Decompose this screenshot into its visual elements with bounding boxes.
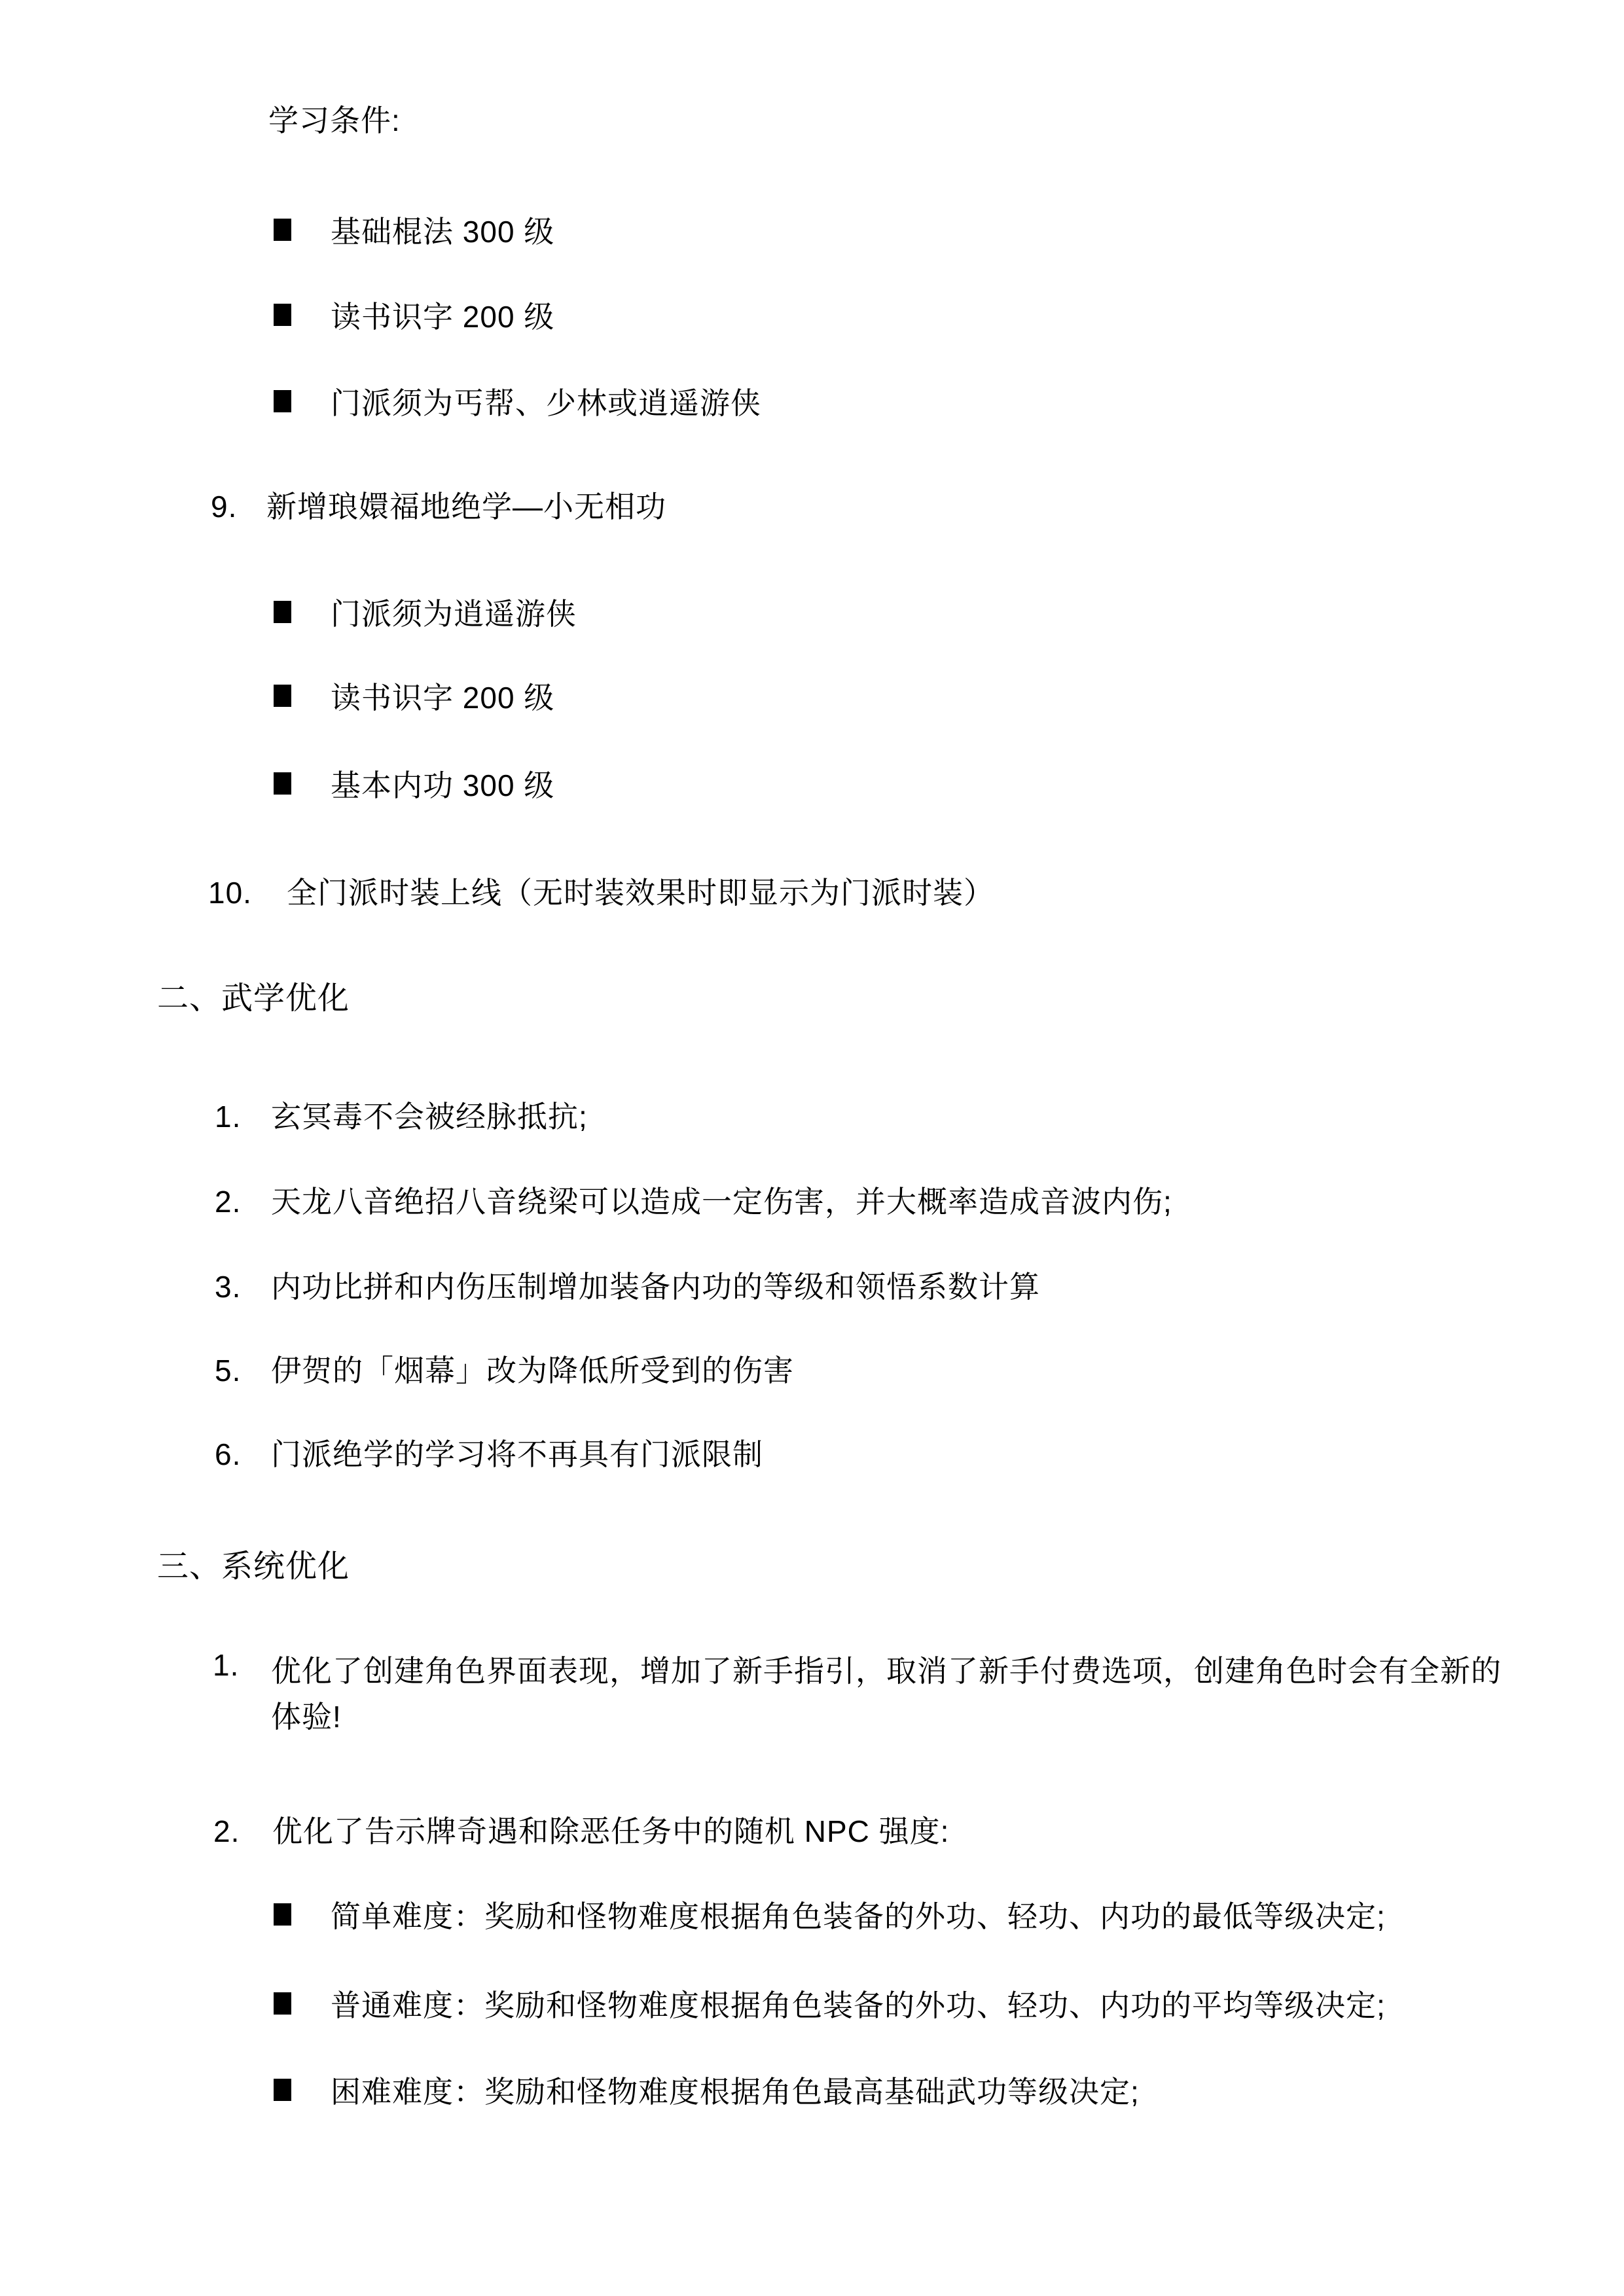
system-item-text: 优化了告示牌奇遇和除恶任务中的随机 NPC 强度:	[272, 1814, 949, 1848]
martial-item-number: 3.	[215, 1270, 241, 1304]
square-bullet-icon	[274, 772, 291, 795]
item9-bullet-text: 门派须为逍遥游侠	[331, 597, 577, 631]
square-bullet-icon	[274, 390, 291, 412]
square-bullet-icon	[274, 601, 291, 623]
martial-item-text: 天龙八音绝招八音绕梁可以造成一定伤害，并大概率造成音波内伤;	[271, 1185, 1172, 1219]
martial-item-number: 5.	[215, 1354, 241, 1388]
section-martial-heading: 二、武学优化	[157, 982, 350, 1016]
square-bullet-icon	[274, 1903, 291, 1926]
martial-item-number: 6.	[215, 1437, 241, 1471]
item10-text: 全门派时装上线（无时装效果时即显示为门派时装）	[287, 876, 994, 910]
item9-number: 9.	[211, 490, 237, 524]
square-bullet-icon	[274, 219, 291, 241]
item9-bullet-text: 基本内功 300 级	[331, 768, 554, 802]
system-item-text: 优化了创建角色界面表现，增加了新手指引，取消了新手付费选项，创建角色时会有全新的…	[271, 1648, 1521, 1740]
item9-bullet-text: 读书识字 200 级	[331, 681, 554, 715]
martial-item-number: 2.	[215, 1185, 241, 1219]
learning-condition-bullet-text: 基础棍法 300 级	[331, 215, 554, 249]
learning-conditions-label: 学习条件:	[268, 103, 401, 137]
martial-item-text: 内功比拼和内伤压制增加装备内功的等级和领悟系数计算	[271, 1270, 1040, 1304]
square-bullet-icon	[274, 685, 291, 707]
item10-number: 10.	[208, 876, 252, 910]
martial-item-number: 1.	[215, 1100, 241, 1134]
learning-condition-bullet-text: 读书识字 200 级	[331, 300, 554, 334]
square-bullet-icon	[274, 304, 291, 326]
square-bullet-icon	[274, 2079, 291, 2101]
martial-item-text: 门派绝学的学习将不再具有门派限制	[271, 1437, 763, 1471]
difficulty-bullet-text: 简单难度：奖励和怪物难度根据角色装备的外功、轻功、内功的最低等级决定;	[331, 1899, 1386, 1933]
document-page: 学习条件: 基础棍法 300 级 读书识字 200 级 门派须为丐帮、少林或逍遥…	[0, 0, 1624, 2296]
learning-condition-bullet-text: 门派须为丐帮、少林或逍遥游侠	[331, 386, 761, 420]
martial-item-text: 伊贺的「烟幕」改为降低所受到的伤害	[271, 1354, 794, 1388]
martial-item-text: 玄冥毒不会被经脉抵抗;	[271, 1100, 588, 1134]
difficulty-bullet-text: 困难难度：奖励和怪物难度根据角色最高基础武功等级决定;	[331, 2075, 1140, 2109]
difficulty-bullet-text: 普通难度：奖励和怪物难度根据角色装备的外功、轻功、内功的平均等级决定;	[331, 1988, 1386, 2022]
item9-text: 新增琅嬛福地绝学—小无相功	[266, 490, 666, 524]
square-bullet-icon	[274, 1992, 291, 2015]
system-item-number: 1.	[213, 1648, 239, 1682]
system-item-number: 2.	[213, 1814, 240, 1848]
section-system-heading: 三、系统优化	[157, 1550, 350, 1584]
